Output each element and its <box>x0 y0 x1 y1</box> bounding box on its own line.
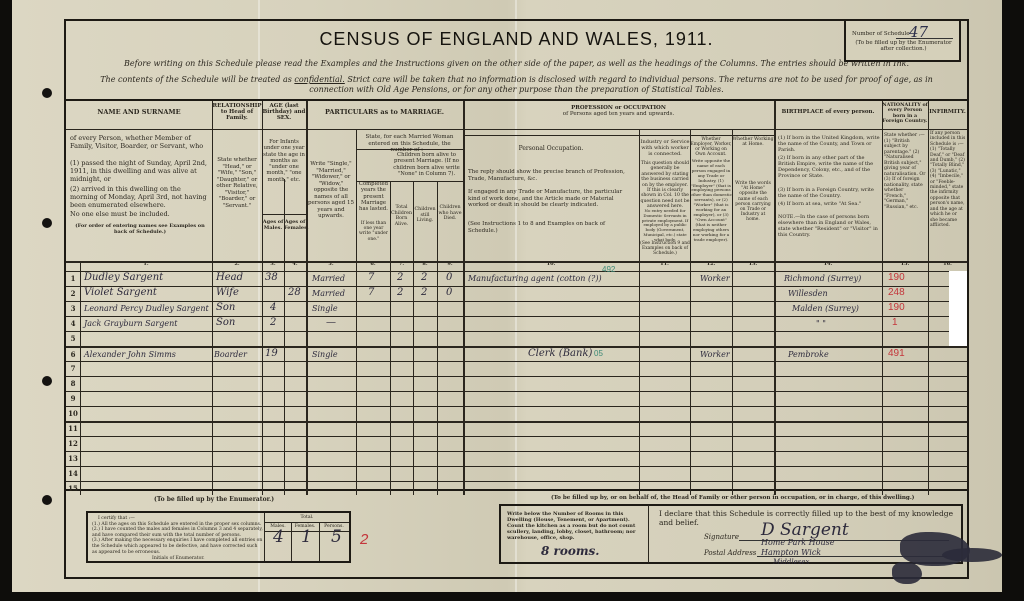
punch-hole <box>42 495 52 505</box>
signature: D Sargent <box>761 520 849 540</box>
header-birthplace: BIRTHPLACE of every person. <box>774 109 882 116</box>
header-occupation: PROFESSION or OCCUPATION of Persons aged… <box>463 105 774 117</box>
instruction-line: Before writing on this Schedule please r… <box>66 59 967 68</box>
redacted-area <box>949 271 967 346</box>
header-name: NAME AND SURNAME <box>66 109 212 116</box>
header-nationality: NATIONALITY of every Person born in a Fo… <box>882 103 928 125</box>
form-title: CENSUS OF ENGLAND AND WALES, 1911. <box>66 29 967 50</box>
address-line-3: Middlesex <box>773 558 809 566</box>
confidentiality-note: The contents of the Schedule will be tre… <box>80 75 953 95</box>
household-heading: (To be filled up by, or on behalf of, th… <box>551 495 914 501</box>
schedule-frame: CENSUS OF ENGLAND AND WALES, 1911. Befor… <box>64 19 969 491</box>
address-line-2: Hampton Wick <box>761 548 821 557</box>
punch-hole <box>42 88 52 98</box>
bottom-section: (To be filled up by the Enumerator.) I c… <box>64 491 969 579</box>
totals-box: Total. Males. Females. Persons. 4 1 5 <box>264 513 349 561</box>
punch-hole <box>42 376 52 386</box>
enumerator-heading: (To be filled up by the Enumerator.) <box>154 496 274 503</box>
header-marriage: PARTICULARS as to MARRIAGE. <box>306 109 463 116</box>
total-persons: 5 <box>331 535 342 541</box>
rooms-value: 8 rooms. <box>541 548 600 554</box>
schedule-number: 47 <box>909 23 928 41</box>
ink-blot <box>892 562 922 584</box>
rooms-box: Write below the Number of Rooms in this … <box>499 504 649 564</box>
red-annotation: 2 <box>360 531 368 548</box>
address-line-1: Home Park House <box>761 538 834 547</box>
header-age: AGE (last Birthday) and SEX. <box>262 103 306 121</box>
household-table: NAME AND SURNAME of every Person, whethe… <box>66 99 967 493</box>
header-relationship: RELATIONSHIP to Head of Family. <box>212 103 262 121</box>
total-females: 1 <box>301 535 312 541</box>
punch-hole <box>42 218 52 228</box>
census-schedule-sheet: CENSUS OF ENGLAND AND WALES, 1911. Befor… <box>12 0 1002 592</box>
schedule-number-box: Number of Schedule 47 (To be filled up b… <box>844 19 961 62</box>
enumerator-certificate: I certify that :— (1.) All the ages on t… <box>86 511 351 563</box>
header-infirmity: INFIRMITY. <box>928 109 967 116</box>
ink-blot <box>942 548 1002 562</box>
total-males: 4 <box>273 535 284 541</box>
